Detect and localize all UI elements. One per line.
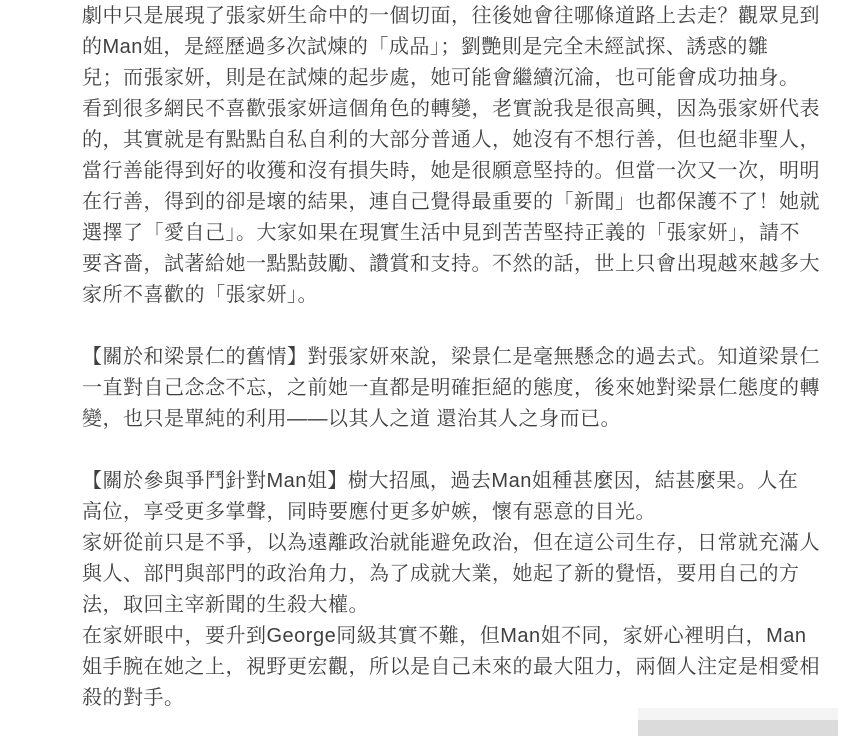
text-line: 當行善能得到好的收獲和沒有損失時，她是很願意堅持的。但當一次又一次，明明 <box>82 156 820 187</box>
text-line: 姐手腕在她之上，視野更宏觀，所以是自己未來的最大阻力，兩個人注定是相愛相 <box>82 652 820 683</box>
text-line: 【關於和梁景仁的舊情】對張家妍來說，梁景仁是毫無懸念的過去式。知道梁景仁 <box>82 342 820 373</box>
text-line: 家所不喜歡的「張家妍」。 <box>82 280 820 311</box>
text-line: 要吝嗇，試著給她一點點鼓勵、讚賞和支持。不然的話，世上只會出現越來越多大 <box>82 249 820 280</box>
text-line: 【關於參與爭鬥針對Man姐】樹大招風，過去Man姐種甚麼因，結甚麼果。人在 <box>82 466 820 497</box>
paragraph-1: 劇中只是展現了張家妍生命中的一個切面，往後她會往哪條道路上去走？觀眾見到的Man… <box>82 1 820 311</box>
redacted-watermark-bottom <box>638 720 838 736</box>
text-line: 法，取回主宰新聞的生殺大權。 <box>82 590 820 621</box>
paragraph-3: 【關於參與爭鬥針對Man姐】樹大招風，過去Man姐種甚麼因，結甚麼果。人在高位，… <box>82 466 820 714</box>
text-line: 家妍從前只是不爭，以為遠離政治就能避免政治，但在這公司生存，日常就充滿人 <box>82 528 820 559</box>
text-line: 與人、部門與部門的政治角力，為了成就大業，她起了新的覺悟，要用自己的方 <box>82 559 820 590</box>
redacted-watermark <box>638 708 838 736</box>
text-line: 看到很多網民不喜歡張家妍這個角色的轉變，老實說我是很高興，因為張家妍代表 <box>82 94 820 125</box>
text-line: 變，也只是單純的利用——以其人之道 還治其人之身而已。 <box>82 404 820 435</box>
text-line: 兒；而張家妍，則是在試煉的起步處，她可能會繼續沉淪，也可能會成功抽身。 <box>82 63 820 94</box>
article-text: 劇中只是展現了張家妍生命中的一個切面，往後她會往哪條道路上去走？觀眾見到的Man… <box>82 1 820 714</box>
text-line: 劇中只是展現了張家妍生命中的一個切面，往後她會往哪條道路上去走？觀眾見到 <box>82 1 820 32</box>
text-line: 在家妍眼中，要升到George同級其實不難，但Man姐不同，家妍心裡明白，Man <box>82 621 820 652</box>
text-line: 的，其實就是有點點自私自利的大部分普通人，她沒有不想行善，但也絕非聖人， <box>82 125 820 156</box>
text-line: 高位，享受更多掌聲，同時要應付更多妒嫉，懷有惡意的目光。 <box>82 497 820 528</box>
text-line: 的Man姐，是經歷過多次試煉的「成品」；劉艷則是完全未經試探、誘惑的雛 <box>82 32 820 63</box>
text-line: 選擇了「愛自己」。大家如果在現實生活中見到苦苦堅持正義的「張家妍」，請不 <box>82 218 820 249</box>
paragraph-2: 【關於和梁景仁的舊情】對張家妍來說，梁景仁是毫無懸念的過去式。知道梁景仁一直對自… <box>82 342 820 435</box>
text-line: 一直對自己念念不忘，之前她一直都是明確拒絕的態度，後來她對梁景仁態度的轉 <box>82 373 820 404</box>
redacted-watermark-top <box>638 708 838 720</box>
text-line: 在行善，得到的卻是壞的結果，連自己覺得最重要的「新聞」也都保護不了！她就 <box>82 187 820 218</box>
